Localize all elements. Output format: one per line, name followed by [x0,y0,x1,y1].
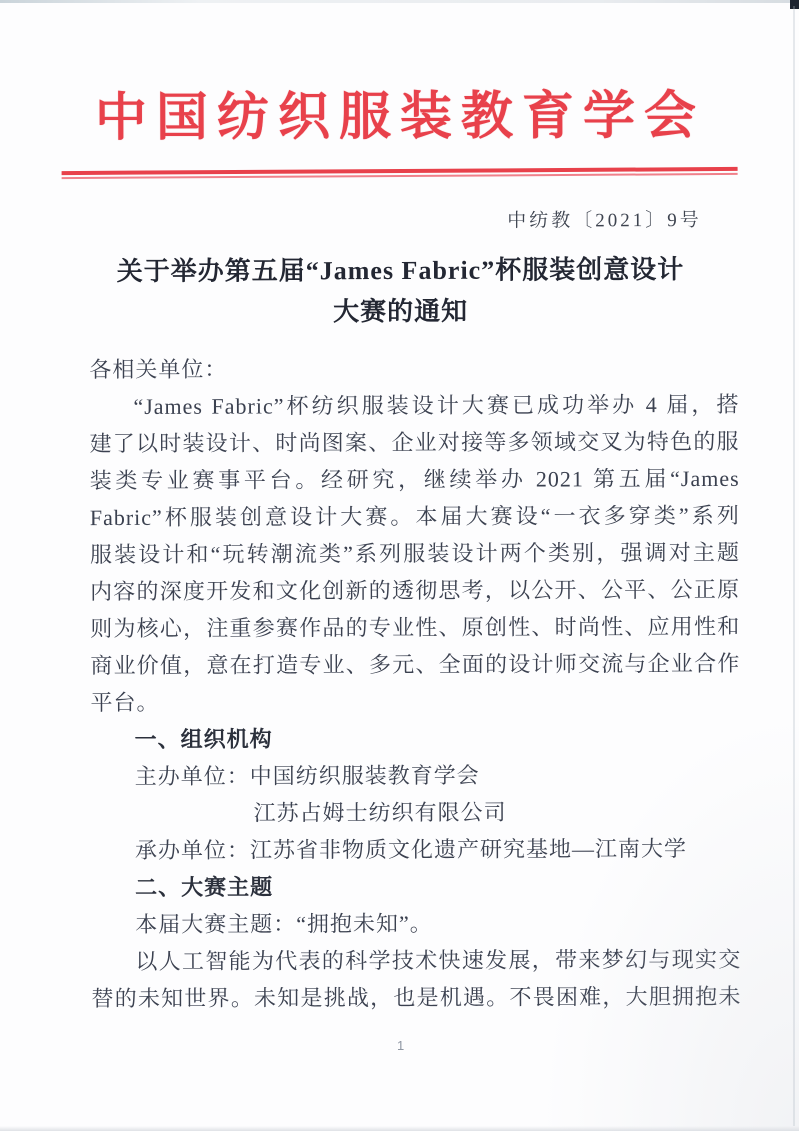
body-line: 建了以时装设计、时尚图案、企业对接等多领域交叉为特色的服 [89,423,739,462]
body-line: 服装设计和“玩转潮流类”系列服装设计两个类别，强调对主题 [90,534,740,573]
document-number: 中纺教〔2021〕9号 [1,205,799,235]
body-line: 内容的深度开发和文化创新的透彻思考，以公开、公平、公正原 [90,571,740,610]
salutation-line: 各相关单位： [89,349,739,388]
document-title-line1: 关于举办第五届“James Fabric”杯服装创意设计 [1,249,799,293]
document-title: 关于举办第五届“James Fabric”杯服装创意设计 大赛的通知 [1,249,799,334]
scanned-notice-page: 中国纺织服装教育学会 中纺教〔2021〕9号 关于举办第五届“James Fab… [0,0,799,1131]
letterhead-divider [62,167,738,179]
letterhead-org-name: 中国纺织服装教育学会 [0,73,799,151]
body-line: “James Fabric”杯纺织服装设计大赛已成功举办 4 届，搭 [89,386,739,425]
scan-shadow [539,711,799,1131]
body-line: 商业价值，意在打造专业、多元、全面的设计师交流与企业合作 [90,645,740,684]
body-line: 装类专业赛事平台。经研究，继续举办 2021 第五届“James [90,460,740,499]
document-title-line2: 大赛的通知 [1,290,799,334]
scan-edge-bottom [0,1126,799,1131]
body-line: 则为核心，注重参赛作品的专业性、原创性、时尚性、应用性和 [90,608,740,647]
body-line: Fabric”杯服装创意设计大赛。本届大赛设“一衣多穿类”系列 [90,497,740,536]
scan-edge-top [0,0,799,3]
